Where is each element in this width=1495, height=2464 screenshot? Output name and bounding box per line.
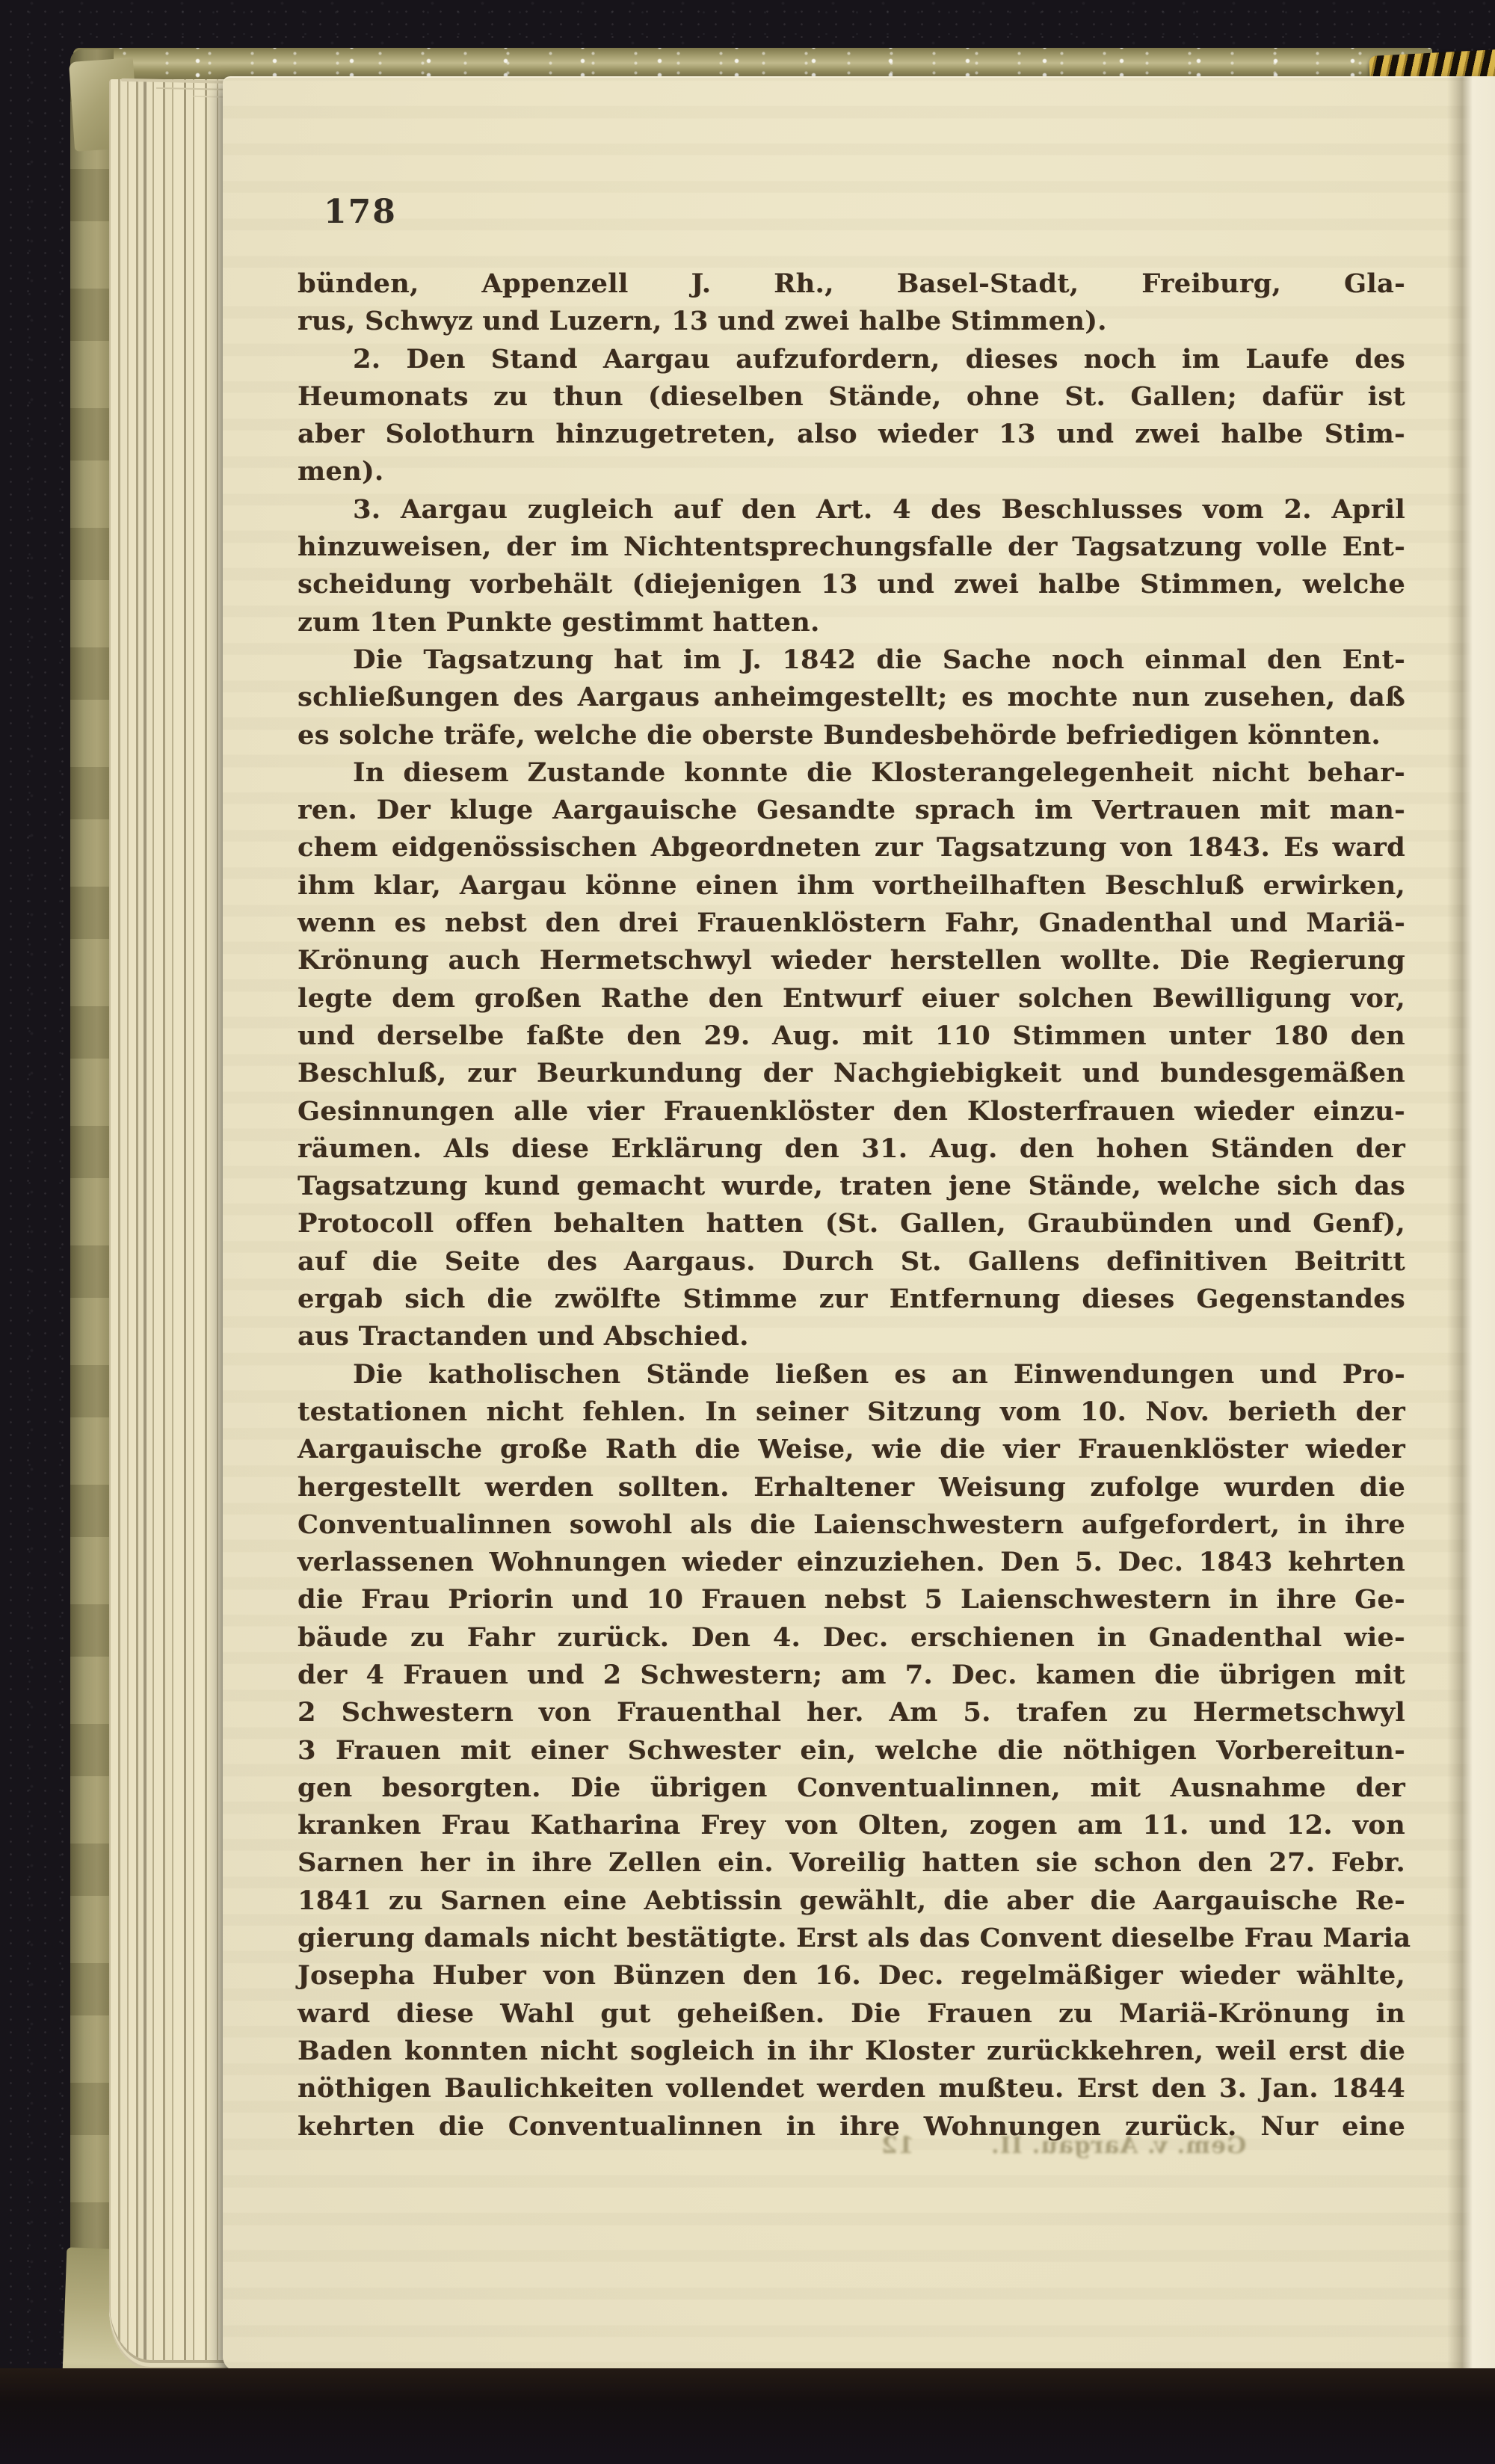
table-shadow bbox=[0, 2368, 1495, 2464]
text-line: aber Solothurn hinzugetreten, also wiede… bbox=[298, 416, 1405, 453]
text-line: scheidung vorbehält (diejenigen 13 und z… bbox=[298, 566, 1405, 603]
text-line: Josepha Huber von Bünzen den 16. Dec. re… bbox=[298, 1957, 1405, 1995]
text-line: Die Tagsatzung hat im J. 1842 die Sache … bbox=[298, 641, 1405, 679]
text-line: 3. Aargau zugleich auf den Art. 4 des Be… bbox=[298, 491, 1405, 529]
bleedthrough-signature: Gem. v. Aargau. II. bbox=[990, 2132, 1246, 2159]
text-line: kranken Frau Katharina Frey von Olten, z… bbox=[298, 1807, 1405, 1844]
text-line: legte dem großen Rathe den Entwurf eiuer… bbox=[298, 980, 1405, 1017]
text-line: Aargauische große Rath die Weise, wie di… bbox=[298, 1431, 1405, 1468]
text-line: ergab sich die zwölfte Stimme zur Entfer… bbox=[298, 1281, 1405, 1318]
text-line: testationen nicht fehlen. In seiner Sitz… bbox=[298, 1393, 1405, 1431]
text-line: 2 Schwestern von Frauenthal her. Am 5. t… bbox=[298, 1694, 1405, 1731]
text-line: Conventualinnen sowohl als die Laienschw… bbox=[298, 1506, 1405, 1544]
text-line: chem eidgenössischen Abgeordneten zur Ta… bbox=[298, 829, 1405, 866]
text-line: Tagsatzung kund gemacht wurde, traten je… bbox=[298, 1168, 1405, 1205]
text-line: 3 Frauen mit einer Schwester ein, welche… bbox=[298, 1732, 1405, 1770]
text-line: In diesem Zustande konnte die Klosterang… bbox=[298, 754, 1405, 792]
text-line: ward diese Wahl gut geheißen. Die Frauen… bbox=[298, 1995, 1405, 2033]
text-line: Heumonats zu thun (dieselben Stände, ohn… bbox=[298, 378, 1405, 416]
text-line: wenn es nebst den drei Frauenklöstern Fa… bbox=[298, 905, 1405, 942]
text-line: die Frau Priorin und 10 Frauen nebst 5 L… bbox=[298, 1581, 1405, 1618]
text-line: 1841 zu Sarnen eine Aebtissin gewählt, d… bbox=[298, 1882, 1405, 1920]
page-gutter-crease bbox=[1447, 76, 1495, 2370]
text-line: gierung damals nicht bestätigte. Erst al… bbox=[298, 1920, 1405, 1957]
text-line: Beschluß, zur Beurkundung der Nachgiebig… bbox=[298, 1055, 1405, 1092]
text-line: auf die Seite des Aargaus. Durch St. Gal… bbox=[298, 1243, 1405, 1281]
text-line: räumen. Als diese Erklärung den 31. Aug.… bbox=[298, 1130, 1405, 1168]
bleedthrough-sheet-number: 12 bbox=[881, 2132, 914, 2159]
text-line: bäude zu Fahr zurück. Den 4. Dec. erschi… bbox=[298, 1619, 1405, 1657]
text-line: hinzuweisen, der im Nichtentsprechungsfa… bbox=[298, 529, 1405, 566]
text-line: nöthigen Baulichkeiten vollendet werden … bbox=[298, 2070, 1405, 2107]
text-line: aus Tractanden und Abschied. bbox=[298, 1318, 1405, 1355]
text-line: Protocoll offen behalten hatten (St. Gal… bbox=[298, 1205, 1405, 1242]
page-fore-edge-stack bbox=[109, 79, 232, 2370]
text-line: hergestellt werden sollten. Erhaltener W… bbox=[298, 1469, 1405, 1506]
text-line: bünden, Appenzell J. Rh., Basel-Stadt, F… bbox=[298, 265, 1405, 303]
text-line: schließungen des Aargaus anheimgestellt;… bbox=[298, 679, 1405, 716]
photo-of-book-page: 178 bünden, Appenzell J. Rh., Basel-Stad… bbox=[0, 0, 1495, 2464]
text-line: es solche träfe, welche die oberste Bund… bbox=[298, 717, 1405, 754]
text-line: Die katholischen Stände ließen es an Ein… bbox=[298, 1356, 1405, 1393]
text-line: der 4 Frauen und 2 Schwestern; am 7. Dec… bbox=[298, 1657, 1405, 1694]
page-number: 178 bbox=[324, 193, 397, 231]
text-line: Baden konnten nicht sogleich in ihr Klos… bbox=[298, 2033, 1405, 2070]
text-line: gen besorgten. Die übrigen Conventualinn… bbox=[298, 1770, 1405, 1807]
text-line: ren. Der kluge Aargauische Gesandte spra… bbox=[298, 792, 1405, 829]
book-cover-left-edge bbox=[70, 49, 114, 2338]
text-line: Krönung auch Hermetschwyl wieder herstel… bbox=[298, 942, 1405, 979]
text-line: zum 1ten Punkte gestimmt hatten. bbox=[298, 604, 1405, 641]
text-line: men). bbox=[298, 453, 1405, 490]
text-line: verlassenen Wohnungen wieder einzuziehen… bbox=[298, 1544, 1405, 1581]
text-line: Gesinnungen alle vier Frauenklöster den … bbox=[298, 1093, 1405, 1130]
text-line: 2. Den Stand Aargau aufzufordern, dieses… bbox=[298, 341, 1405, 378]
body-text: bünden, Appenzell J. Rh., Basel-Stadt, F… bbox=[298, 265, 1405, 2146]
text-line: rus, Schwyz und Luzern, 13 und zwei halb… bbox=[298, 303, 1405, 340]
text-line: ihm klar, Aargau könne einen ihm vorthei… bbox=[298, 867, 1405, 905]
text-line: Sarnen her in ihre Zellen ein. Voreilig … bbox=[298, 1844, 1405, 1882]
text-line: und derselbe faßte den 29. Aug. mit 110 … bbox=[298, 1017, 1405, 1055]
